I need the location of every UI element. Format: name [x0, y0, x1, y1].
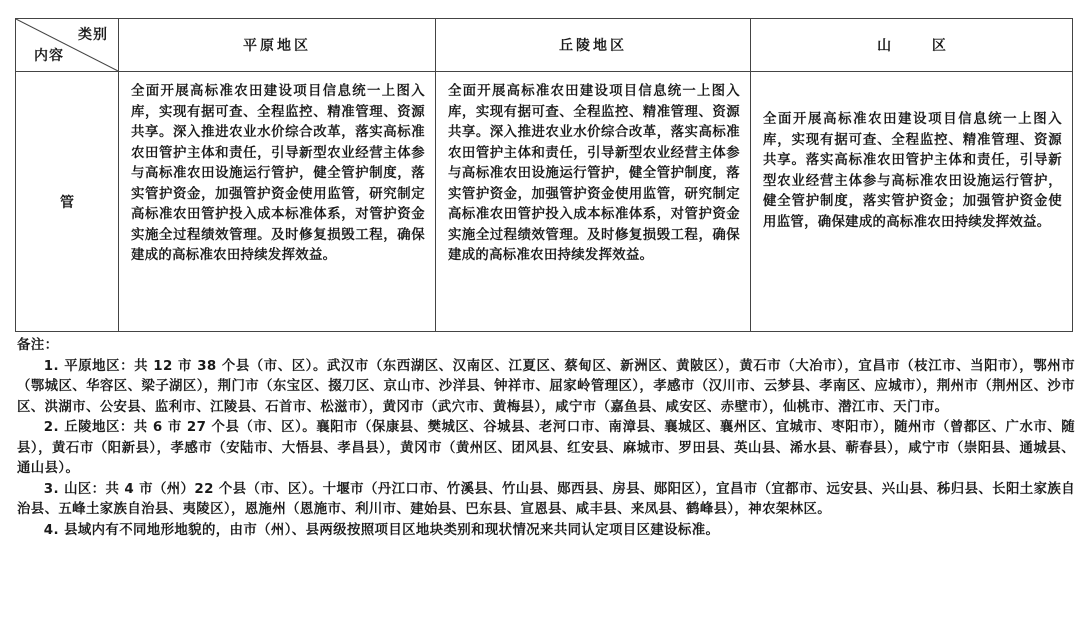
column-header-hill: 丘陵地区	[436, 19, 751, 72]
cell-mountain: 全面开展高标准农田建设项目信息统一上图入库，实现有据可查、全程监控、精准管理、资…	[751, 72, 1073, 332]
row-label: 管	[16, 72, 119, 332]
note-item-3: 3. 山区：共 4 市（州）22 个县（市、区）。十堰市（丹江口市、竹溪县、竹山…	[17, 480, 1075, 521]
table-row-management: 管 全面开展高标准农田建设项目信息统一上图入库，实现有据可查、全程监控、精准管理…	[16, 72, 1073, 332]
note-item-4: 4. 县域内有不同地形地貌的，由市（州）、县两级按照项目区地块类别和现状情况来共…	[17, 521, 1075, 542]
cell-plain: 全面开展高标准农田建设项目信息统一上图入库，实现有据可查、全程监控、精准管理、资…	[119, 72, 436, 332]
category-header-label: 类别	[78, 24, 108, 44]
management-standards-table: 类别 内容 平原地区 丘陵地区 山 区 管 全面开展高标准农田建设项目信息统一上…	[15, 18, 1073, 332]
column-header-plain: 平原地区	[119, 19, 436, 72]
notes-section: 备注： 1. 平原地区：共 12 市 38 个县（市、区）。武汉市（东西湖区、汉…	[17, 336, 1075, 541]
table-header-row: 类别 内容 平原地区 丘陵地区 山 区	[16, 19, 1073, 72]
content-header-label: 内容	[34, 45, 64, 65]
note-item-1: 1. 平原地区：共 12 市 38 个县（市、区）。武汉市（东西湖区、汉南区、江…	[17, 357, 1075, 419]
note-item-2: 2. 丘陵地区：共 6 市 27 个县（市、区）。襄阳市（保康县、樊城区、谷城县…	[17, 418, 1075, 480]
cell-hill: 全面开展高标准农田建设项目信息统一上图入库，实现有据可查、全程监控、精准管理、资…	[436, 72, 751, 332]
diagonal-header-cell: 类别 内容	[16, 19, 119, 72]
notes-title: 备注：	[17, 336, 1075, 357]
column-header-mountain: 山 区	[751, 19, 1073, 72]
